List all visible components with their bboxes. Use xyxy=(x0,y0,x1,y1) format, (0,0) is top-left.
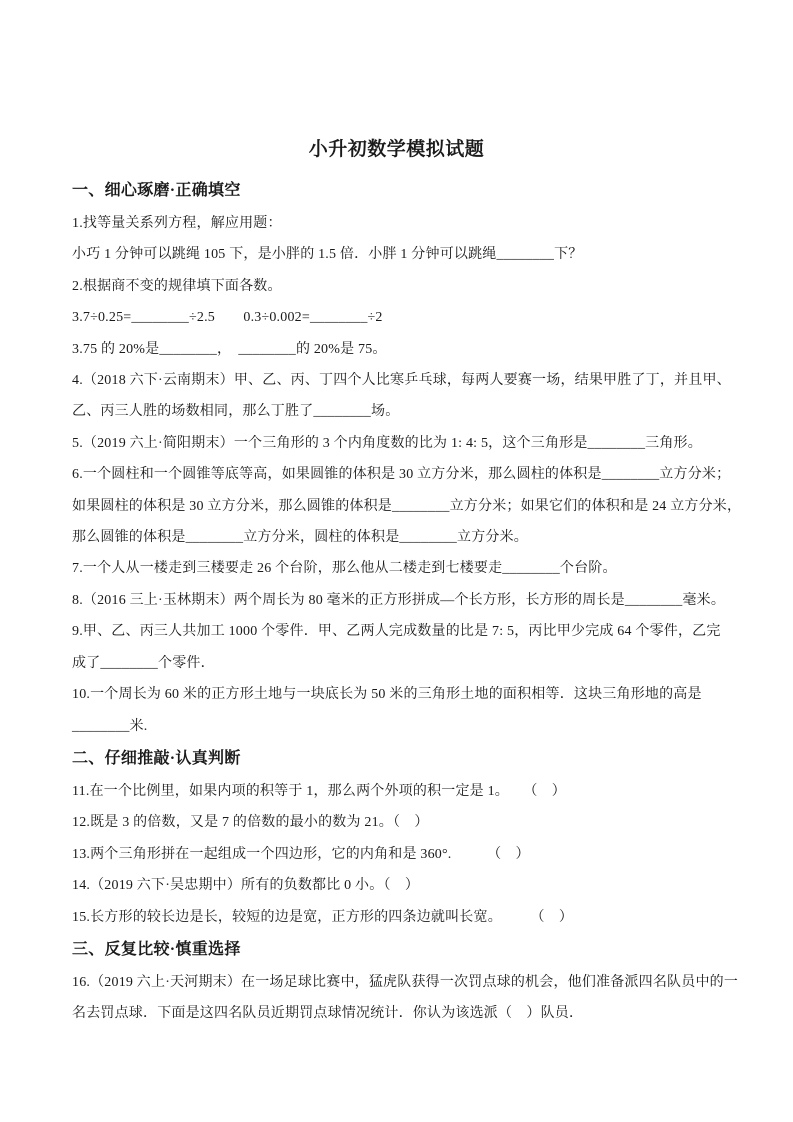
question-10-line-1: 10.一个周长为 60 米的正方形土地与一块底长为 50 米的三角形土地的面积相… xyxy=(72,679,721,710)
question-1: 1.找等量关系列方程，解应用题： xyxy=(72,208,721,239)
page-title: 小升初数学模拟试题 xyxy=(72,137,721,162)
question-6-line-1: 6.一个圆柱和一个圆锥等底等高，如果圆锥的体积是 30 立方分米，那么圆柱的体积… xyxy=(72,459,721,490)
question-16-line-2: 名去罚点球．下面是这四名队员近期罚点球情况统计．你认为该选派（ ）队员． xyxy=(72,998,721,1029)
question-15: 15.长方形的较长边是长，较短的边是宽，正方形的四条边就叫长宽。 （ ） xyxy=(72,902,721,933)
question-5: 5.（2019 六上·简阳期末）一个三角形的 3 个内角度数的比为 1: 4: … xyxy=(72,428,721,459)
question-14: 14.（2019 六下·吴忠期中）所有的负数都比 0 小。（ ） xyxy=(72,870,721,901)
question-9-line-1: 9.甲、乙、丙三人共加工 1000 个零件．甲、乙两人完成数量的比是 7: 5，… xyxy=(72,616,721,647)
question-2: 2.根据商不变的规律填下面各数。 xyxy=(72,271,721,302)
section-3-heading: 三、反复比较·慎重选择 xyxy=(72,933,721,967)
question-6-line-2: 如果圆柱的体积是 30 立方分米，那么圆锥的体积是________立方分米；如果… xyxy=(72,491,721,522)
question-13: 13.两个三角形拼在一起组成一个四边形，它的内角和是 360°. （ ） xyxy=(72,839,721,870)
question-9-line-2: 成了________个零件． xyxy=(72,648,721,679)
question-4-line-2: 乙、丙三人胜的场数相同，那么丁胜了________场。 xyxy=(72,396,721,427)
question-12: 12.既是 3 的倍数，又是 7 的倍数的最小的数为 21。（ ） xyxy=(72,807,721,838)
question-8: 8.（2016 三上·玉林期末）两个周长为 80 毫米的正方形拼成—个长方形，长… xyxy=(72,585,721,616)
question-10-line-2: ________米. xyxy=(72,711,721,742)
document-page: 小升初数学模拟试题 一、细心琢磨·正确填空 1.找等量关系列方程，解应用题： 小… xyxy=(0,0,793,1122)
question-16-line-1: 16.（2019 六上·天河期末）在一场足球比赛中，猛虎队获得一次罚点球的机会，… xyxy=(72,967,721,998)
section-2-heading: 二、仔细推敲·认真判断 xyxy=(72,742,721,776)
section-1-heading: 一、细心琢磨·正确填空 xyxy=(72,174,721,208)
question-1-body: 小巧 1 分钟可以跳绳 105 下，是小胖的 1.5 倍．小胖 1 分钟可以跳绳… xyxy=(72,239,721,270)
question-11: 11.在一个比例里，如果内项的积等于 1，那么两个外项的积一定是 1。 （ ） xyxy=(72,776,721,807)
question-7: 7.一个人从一楼走到三楼要走 26 个台阶，那么他从二楼走到七楼要走______… xyxy=(72,553,721,584)
question-4-line-1: 4.（2018 六下·云南期末）甲、乙、丙、丁四个人比寒乒乓球，每两人要赛一场，… xyxy=(72,365,721,396)
question-6-line-3: 那么圆锥的体积是________立方分米，圆柱的体积是________立方分米。 xyxy=(72,522,721,553)
question-3: 3.75 的 20%是________， ________的 20%是 75。 xyxy=(72,334,721,365)
question-2-equations: 3.7÷0.25=________÷2.5 0.3÷0.002=________… xyxy=(72,302,721,333)
